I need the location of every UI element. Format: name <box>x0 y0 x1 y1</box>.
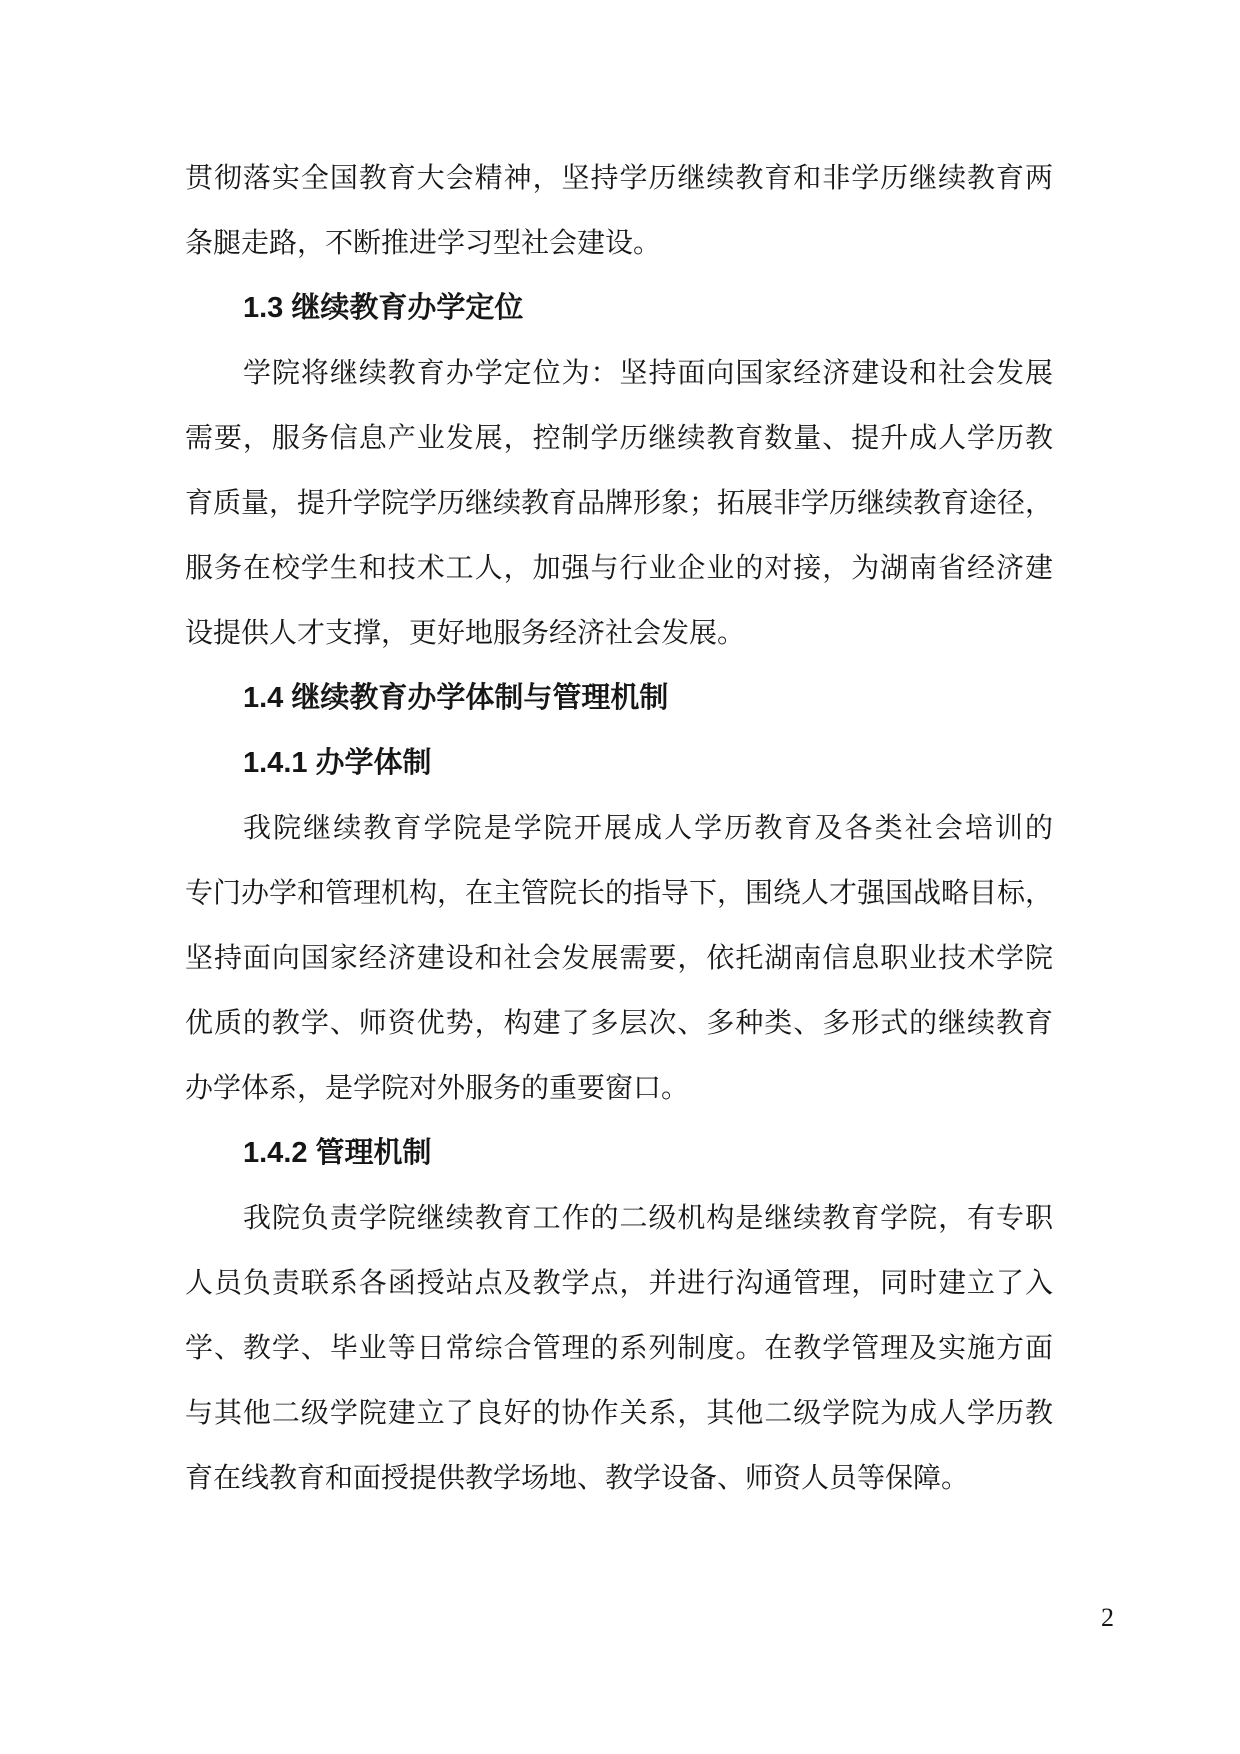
body-line: 专门办学和管理机构，在主管院长的指导下，围绕人才强国战略目标， <box>185 861 1053 926</box>
heading-1-4: 1.4 继续教育办学体制与管理机制 <box>185 666 1053 731</box>
body-line: 学院将继续教育办学定位为：坚持面向国家经济建设和社会发展 <box>185 341 1053 406</box>
body-line: 条腿走路，不断推进学习型社会建设。 <box>185 211 1053 276</box>
body-line: 坚持面向国家经济建设和社会发展需要，依托湖南信息职业技术学院 <box>185 926 1053 991</box>
document-page: 贯彻落实全国教育大会精神，坚持学历继续教育和非学历继续教育两 条腿走路，不断推进… <box>0 0 1240 1754</box>
document-text-block: 贯彻落实全国教育大会精神，坚持学历继续教育和非学历继续教育两 条腿走路，不断推进… <box>185 146 1053 1511</box>
heading-1-3: 1.3 继续教育办学定位 <box>185 276 1053 341</box>
body-line: 育质量，提升学院学历继续教育品牌形象；拓展非学历继续教育途径， <box>185 471 1053 536</box>
body-line: 人员负责联系各函授站点及教学点，并进行沟通管理，同时建立了入 <box>185 1251 1053 1316</box>
heading-1-4-1: 1.4.1 办学体制 <box>185 731 1053 796</box>
body-line: 优质的教学、师资优势，构建了多层次、多种类、多形式的继续教育 <box>185 991 1053 1056</box>
body-line: 与其他二级学院建立了良好的协作关系，其他二级学院为成人学历教 <box>185 1381 1053 1446</box>
body-line: 我院负责学院继续教育工作的二级机构是继续教育学院，有专职 <box>185 1186 1053 1251</box>
body-line: 育在线教育和面授提供教学场地、教学设备、师资人员等保障。 <box>185 1446 1053 1511</box>
body-line: 贯彻落实全国教育大会精神，坚持学历继续教育和非学历继续教育两 <box>185 146 1053 211</box>
body-line: 学、教学、毕业等日常综合管理的系列制度。在教学管理及实施方面 <box>185 1316 1053 1381</box>
heading-1-4-2: 1.4.2 管理机制 <box>185 1121 1053 1186</box>
body-line: 我院继续教育学院是学院开展成人学历教育及各类社会培训的 <box>185 796 1053 861</box>
body-line: 设提供人才支撑，更好地服务经济社会发展。 <box>185 601 1053 666</box>
body-line: 需要，服务信息产业发展，控制学历继续教育数量、提升成人学历教 <box>185 406 1053 471</box>
page-number: 2 <box>1101 1598 1114 1638</box>
body-line: 服务在校学生和技术工人，加强与行业企业的对接，为湖南省经济建 <box>185 536 1053 601</box>
body-line: 办学体系，是学院对外服务的重要窗口。 <box>185 1056 1053 1121</box>
